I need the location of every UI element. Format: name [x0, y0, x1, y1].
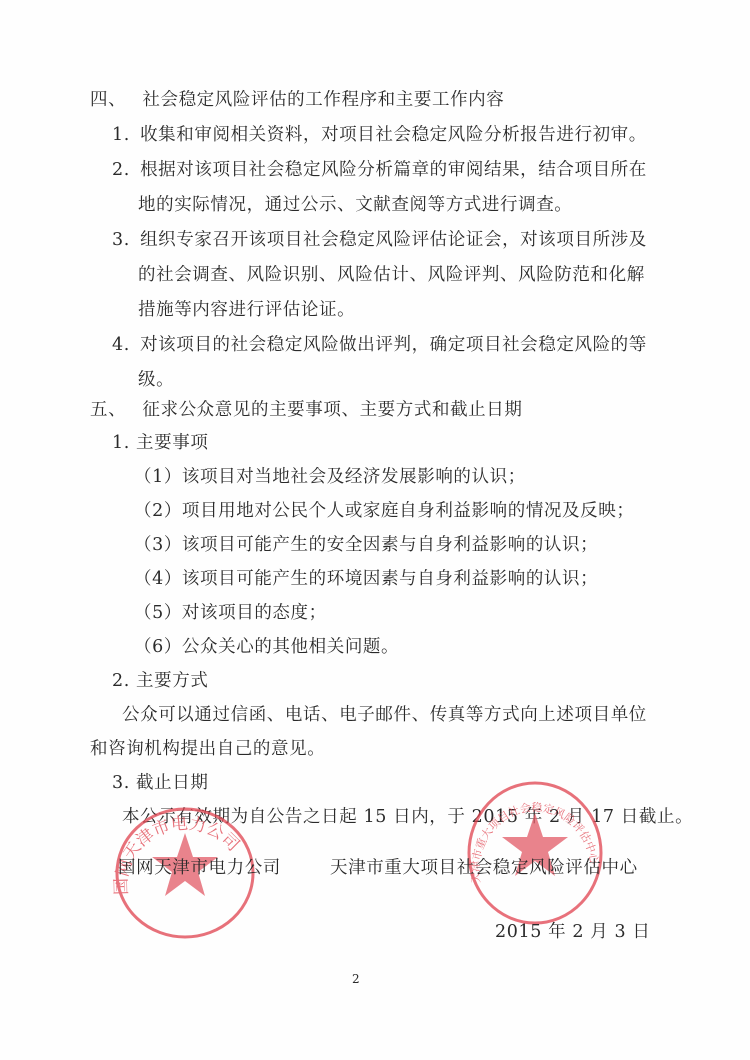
item-text-continued: 地的实际情况，通过公示、文献查阅等方式进行调查。 [138, 193, 572, 217]
section-4-heading: 四、 社会稳定风险评估的工作程序和主要工作内容 [90, 88, 504, 112]
section-4-number: 四、 [90, 90, 126, 110]
document-page: 四、 社会稳定风险评估的工作程序和主要工作内容 1. 收集和审阅相关资料，对项目… [0, 0, 750, 1060]
item-text: 组织专家召开该项目社会稳定风险评估论证会，对该项目所涉及 [140, 230, 647, 250]
list-item: （6）公众关心的其他相关问题。 [134, 635, 399, 659]
subsection-title-methods: 2. 主要方式 [112, 669, 208, 693]
item-text: 对该项目的社会稳定风险做出评判，确定项目社会稳定风险的等 [140, 335, 647, 355]
list-item: 1. 收集和审阅相关资料，对项目社会稳定风险分析报告进行初审。 [112, 123, 647, 147]
item-number: 1. [112, 125, 130, 145]
list-item: 3. 组织专家召开该项目社会稳定风险评估论证会，对该项目所涉及 [112, 228, 647, 252]
list-item: 4. 对该项目的社会稳定风险做出评判，确定项目社会稳定风险的等 [112, 333, 647, 357]
section-5-title: 征求公众意见的主要事项、主要方式和截止日期 [142, 400, 522, 420]
item-text-continued: 级。 [138, 368, 174, 392]
item-number: 3. [112, 230, 130, 250]
subsection-title-main-items: 1. 主要事项 [112, 431, 208, 455]
paragraph-text-continued: 和咨询机构提出自己的意见。 [90, 737, 325, 761]
deadline-text: 本公示有效期为自公告之日起 15 日内，于 2015 年 2 月 17 日截止。 [122, 805, 693, 829]
section-5-number: 五、 [90, 400, 126, 420]
item-text-continued: 的社会调查、风险识别、风险估计、风险评判、风险防范和化解 [138, 263, 645, 287]
list-item: （5）对该项目的态度； [134, 601, 327, 625]
item-text: 根据对该项目社会稳定风险分析篇章的审阅结果，结合项目所在 [140, 160, 647, 180]
item-text-continued: 措施等内容进行评估论证。 [138, 298, 355, 322]
list-item: （3）该项目可能产生的安全因素与自身利益影响的认识； [134, 533, 598, 557]
page-number: 2 [352, 972, 360, 986]
signature-org-2: 天津市重大项目社会稳定风险评估中心 [330, 856, 638, 880]
section-5-heading: 五、 征求公众意见的主要事项、主要方式和截止日期 [90, 398, 522, 422]
section-4-title: 社会稳定风险评估的工作程序和主要工作内容 [142, 90, 504, 110]
item-number: 4. [112, 335, 130, 355]
list-item: （1）该项目对当地社会及经济发展影响的认识； [134, 465, 526, 489]
item-number: 2. [112, 160, 130, 180]
signature-org-1: 国网天津市电力公司 [118, 856, 281, 880]
signature-date: 2015 年 2 月 3 日 [495, 920, 651, 944]
official-seal-right-icon: 天津市重大项目社会稳定风险评估中心 [455, 775, 615, 930]
paragraph-text: 公众可以通过信函、电话、电子邮件、传真等方式向上述项目单位 [122, 703, 647, 727]
list-item: 2. 根据对该项目社会稳定风险分析篇章的审阅结果，结合项目所在 [112, 158, 647, 182]
item-text: 收集和审阅相关资料，对项目社会稳定风险分析报告进行初审。 [140, 125, 647, 145]
list-item: （4）该项目可能产生的环境因素与自身利益影响的认识； [134, 567, 598, 591]
list-item: （2）项目用地对公民个人或家庭自身利益影响的情况及反映； [134, 499, 634, 523]
subsection-title-deadline: 3. 截止日期 [112, 771, 208, 795]
